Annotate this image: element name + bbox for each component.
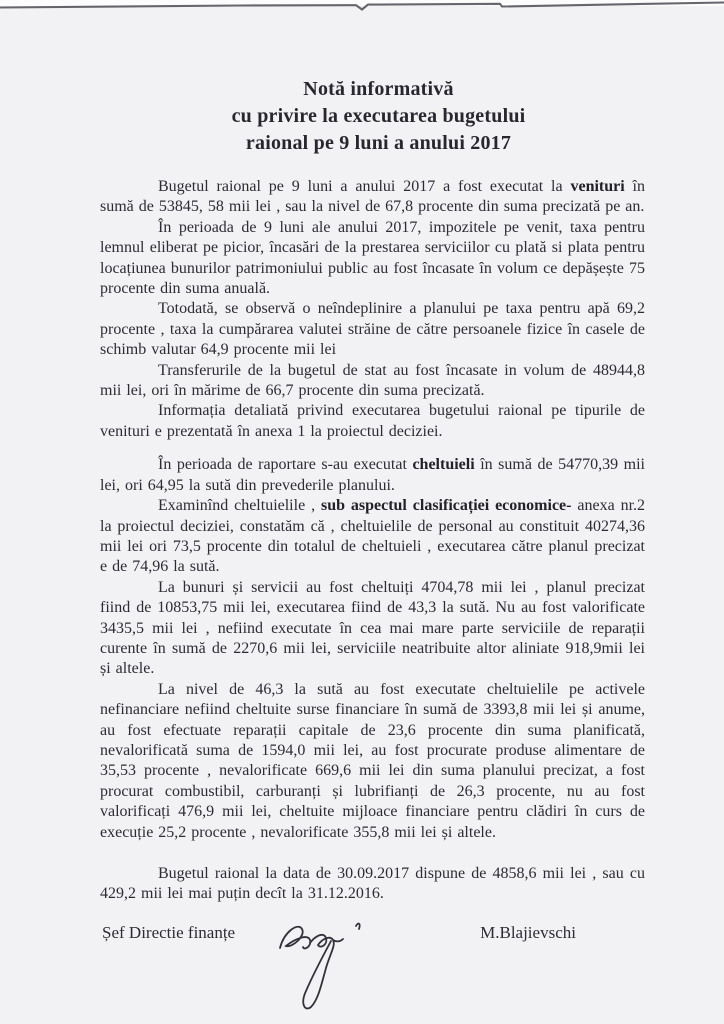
paragraph: La nivel de 46,3 la sută au fost executa… [100,680,645,843]
paragraph: Transferurile de la bugetul de stat au f… [100,361,645,402]
paragraph: La bunuri și servicii au fost cheltuiți … [100,578,645,680]
paragraph: În perioada de 9 luni ale anului 2017, i… [100,218,645,300]
text-run: Informația detaliată privind executarea … [100,402,645,439]
text-run: În perioada de raportare s-au executat [158,456,412,473]
document-title: Notă informativă cu privire la executare… [112,76,645,157]
bold-run: cheltuieli [412,456,474,473]
scanned-document-page: Notă informativă cu privire la executare… [0,0,724,1024]
document-body: Bugetul raional pe 9 luni a anului 2017 … [100,177,645,905]
text-run: Totodată, se observă o neîndeplinire a p… [100,300,645,358]
title-line-1: Notă informativă [112,76,645,103]
paragraph: Bugetul raional la data de 30.09.2017 di… [100,864,645,905]
paragraph: Examinînd cheltuielile , sub aspectul cl… [100,496,645,578]
text-run: Transferurile de la bugetul de stat au f… [100,362,645,399]
title-line-2: cu privire la executarea bugetului [112,103,645,130]
text-run: Examinînd cheltuielile , [158,497,321,514]
text-run: Bugetul raional pe 9 luni a anului 2017 … [158,178,570,195]
text-run: În perioada de 9 luni ale anului 2017, i… [100,219,645,297]
paragraph: Informația detaliată privind executarea … [100,401,645,442]
text-run: La nivel de 46,3 la sută au fost executa… [100,681,645,841]
text-run: La bunuri și servicii au fost cheltuiți … [100,579,645,678]
signature-role: Șef Directie finanțe [102,922,235,943]
title-line-3: raional pe 9 luni a anului 2017 [112,130,645,157]
paragraph: Totodată, se observă o neîndeplinire a p… [100,299,645,360]
paragraph: Bugetul raional pe 9 luni a anului 2017 … [100,177,645,218]
bold-run: venituri [570,178,624,195]
signature-name: M.Blajievschi [480,922,576,943]
text-run: Bugetul raional la data de 30.09.2017 di… [100,865,645,902]
handwritten-signature-icon [270,912,374,1012]
bold-run: sub aspectul clasificației economice- [321,497,572,514]
paragraph: În perioada de raportare s-au executat c… [100,455,645,496]
document-content: Notă informativă cu privire la executare… [0,0,724,1024]
